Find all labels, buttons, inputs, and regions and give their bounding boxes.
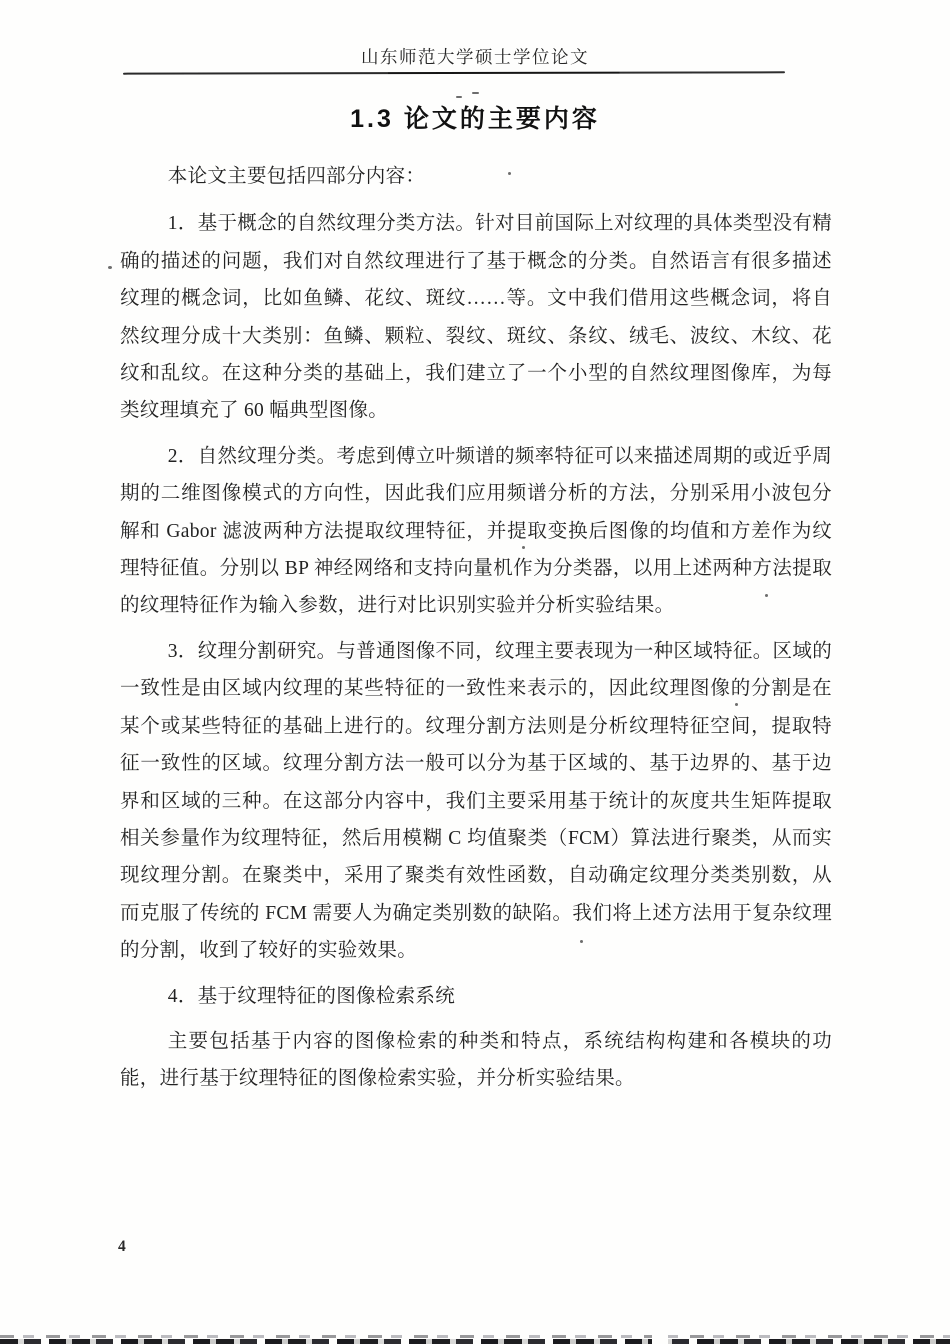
header-rule [123,71,785,75]
section-body: 本论文主要包括四部分内容： 1．基于概念的自然纹理分类方法。针对目前国际上对纹理… [120,158,832,1106]
scan-noise-strip [0,1332,950,1344]
scan-speck [472,92,479,94]
scan-speck [456,96,462,98]
scan-noise-band-lower [0,1339,950,1344]
paragraph-2-texture-classification: 2．自然纹理分类。考虑到傅立叶频谱的频率特征可以来描述周期的或近乎周期的二维图像… [120,438,832,625]
section-heading: 1.3 论文的主要内容 [0,99,950,135]
thesis-scanned-page: 山东师范大学硕士学位论文 1.3 论文的主要内容 本论文主要包括四部分内容： 1… [0,0,950,1344]
page-number: 4 [118,1238,126,1256]
intro-line: 本论文主要包括四部分内容： [120,158,832,195]
paragraph-1-classification-method: 1．基于概念的自然纹理分类方法。针对目前国际上对纹理的具体类型没有精确的描述的问… [120,205,832,429]
paragraph-4-retrieval-system-heading: 4．基于纹理特征的图像检索系统 [120,978,832,1015]
paragraph-4-retrieval-system-body: 主要包括基于内容的图像检索的种类和特点，系统结构构建和各模块的功能，进行基于纹理… [120,1023,832,1098]
running-header: 山东师范大学硕士学位论文 [0,44,950,69]
paragraph-3-texture-segmentation: 3．纹理分割研究。与普通图像不同，纹理主要表现为一种区域特征。区域的一致性是由区… [120,633,832,970]
scan-speck [108,266,112,269]
scan-noise-band-upper [0,1335,950,1338]
scan-noise-gap [652,1332,668,1344]
